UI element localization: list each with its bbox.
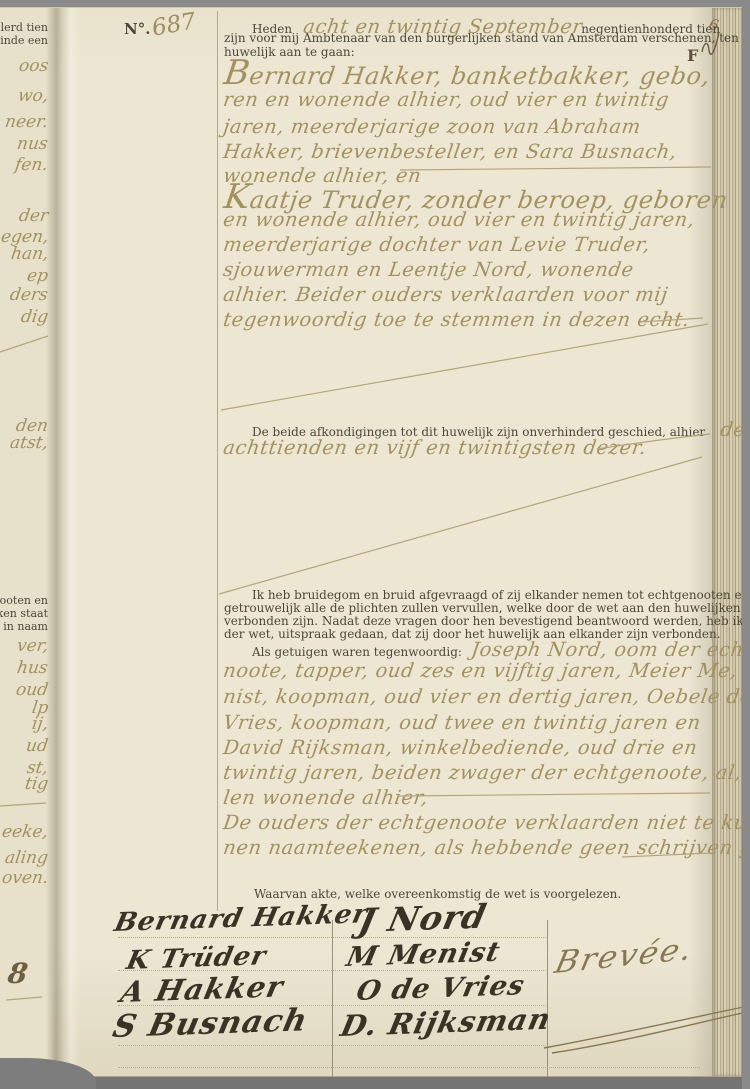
signature-groom-father: A Hakker: [118, 972, 286, 1007]
bride-line: sjouwerman en Leentje Nord, wonende: [222, 260, 635, 280]
witness-intro-printed: Als getuigen waren tegenwoordig:: [252, 646, 462, 660]
photo-border-right: [742, 0, 750, 1089]
act-number-label: N°.: [124, 20, 150, 38]
record-page: lerd tieninde eenooswo,neer.nusfen.dereg…: [0, 7, 742, 1078]
signature-witness-rijksman: D. Rijksman: [338, 1005, 554, 1041]
witness-line: nen naamteekenen, als hebbende geen schr…: [222, 838, 750, 858]
bride-line: tegenwoordig toe te stemmen in dezen ech…: [222, 310, 691, 330]
prev-page-fragment: nooten en: [0, 595, 48, 606]
signature-groom-mother: S Busnach: [110, 1005, 311, 1043]
page-edge-shading: [688, 8, 712, 1076]
prev-page-fragment: inde een: [0, 35, 48, 46]
prev-page-fragment: neer.: [4, 114, 49, 131]
photo-border-top: [0, 0, 750, 7]
signature-witness-devries: O de Vries: [354, 972, 527, 1005]
witness-line: Vries, koopman, oud twee en twintig jare…: [222, 713, 702, 733]
book-gutter-shadow: [46, 8, 80, 1076]
previous-page-strip: lerd tieninde eenooswo,neer.nusfen.dereg…: [0, 8, 52, 1076]
prev-page-fragment: 8: [6, 960, 29, 988]
signature-bride: K Trüder: [124, 943, 269, 974]
signature-column-divider: [547, 920, 548, 1078]
groom-line: jaren, meerderjarige zoon van Abraham: [222, 117, 642, 137]
witness-intro-line: Als getuigen waren tegenwoordig: Joseph …: [224, 640, 712, 660]
witness-line: David Rijksman, winkelbediende, oud drie…: [222, 738, 699, 758]
prev-page-fragment: han,: [9, 246, 49, 263]
header-line-2: zijn voor mij Ambtenaar van den burgerli…: [224, 32, 712, 46]
signature-baseline: [118, 1067, 700, 1068]
bride-line: meerderjarige dochter van Levie Truder,: [222, 235, 652, 255]
witness-line: noote, tapper, oud zes en vijftig jaren,…: [222, 661, 739, 681]
signature-column-divider: [332, 920, 333, 1078]
witness-line: De ouders der echtgenoote verklaarden ni…: [222, 813, 750, 833]
prev-page-fragment: nus: [16, 136, 49, 153]
witness-line: len wonende alhier,: [222, 788, 430, 808]
prev-page-fragment: , in naam: [0, 621, 48, 632]
act-number-value: 687: [150, 8, 198, 41]
prev-page-fragment: hus: [16, 660, 49, 677]
prev-page-fragment: oos: [18, 58, 50, 75]
scanned-marriage-record: lerd tieninde eenooswo,neer.nusfen.dereg…: [0, 0, 750, 1089]
groom-line: ren en wonende alhier, oud vier en twint…: [222, 90, 670, 110]
witness-intro-handwritten: Joseph Nord, oom der echtge,: [470, 640, 750, 660]
prev-page-fragment: fen.: [14, 157, 49, 174]
prev-page-fragment: ders: [9, 287, 49, 304]
signature-registrar: Brevée.: [552, 934, 697, 979]
prev-page-fragment: lerd tien: [1, 22, 48, 33]
prev-page-fragment: wo,: [17, 88, 50, 105]
prev-page-fragment: dig: [20, 309, 50, 326]
prev-page-fragment: ver,: [15, 638, 49, 655]
photo-border-bottom: [0, 1077, 750, 1089]
prev-page-fragment: oven.: [1, 870, 50, 887]
proclamation-handwritten-line: achttienden en vijf en twintigsten dezer…: [222, 438, 648, 458]
signature-witness-menist: M Menist: [344, 939, 503, 971]
prev-page-fragment: ijken staat: [0, 608, 48, 619]
witness-line: nist, koopman, oud vier en dertig jaren,…: [222, 687, 750, 707]
witness-line: twintig jaren, beiden zwager der echtgen…: [222, 763, 743, 783]
book-fore-edge: [712, 8, 742, 1076]
groom-line: Hakker, brievenbesteller, en Sara Busnac…: [222, 142, 678, 162]
prev-page-fragment: aling: [4, 850, 49, 867]
bride-line: en wonende alhier, oud vier en twintig j…: [222, 210, 696, 230]
signature-witness-nord: J Nord: [356, 900, 490, 937]
prev-page-fragment: eeke,: [1, 824, 49, 841]
prev-page-fragment: atst,: [9, 435, 49, 452]
bride-line: alhier. Beider ouders verklaarden voor m…: [222, 285, 669, 305]
margin-rule: [217, 11, 218, 911]
prev-page-fragment: der: [18, 208, 49, 225]
prev-page-fragment: oud: [15, 682, 49, 699]
signature-baseline: [118, 1045, 546, 1046]
groom-line: Bernard Hakker, banketbakker, gebo,: [222, 56, 713, 90]
